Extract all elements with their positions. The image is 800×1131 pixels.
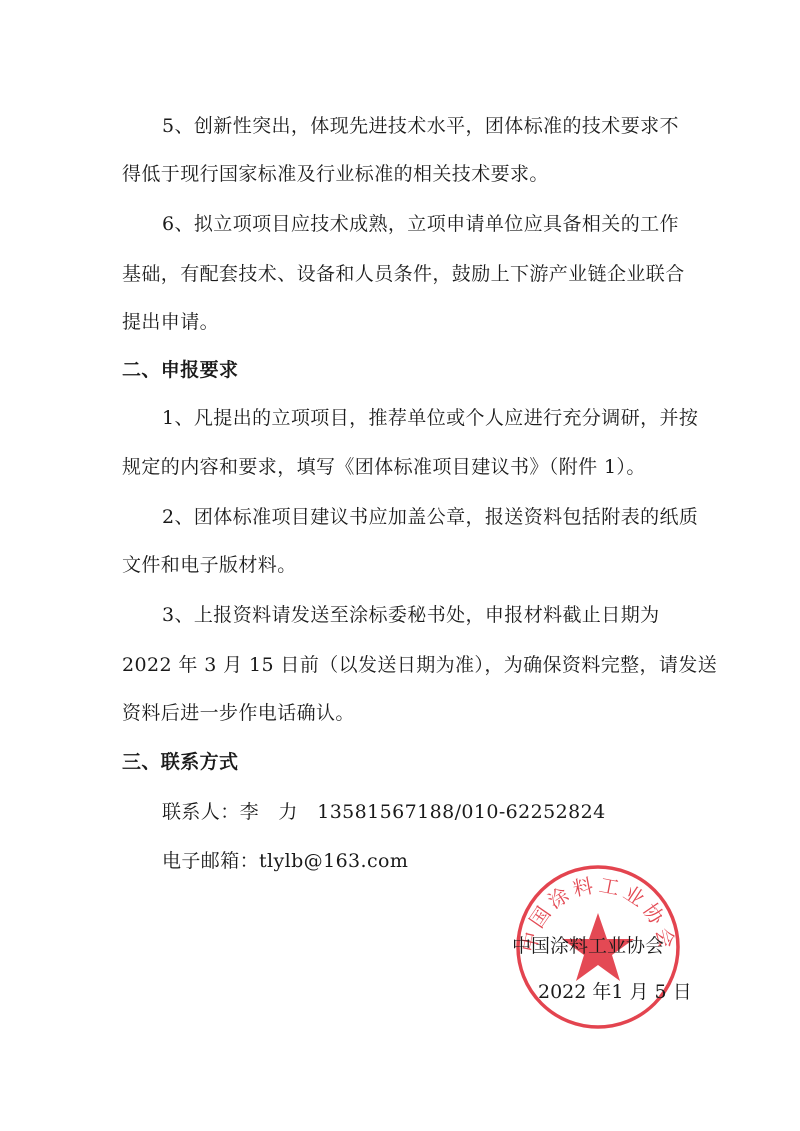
requirement-3-line-2: 2022 年 3 月 15 日前（以发送日期为准），为确保资料完整，请发送 (122, 653, 682, 677)
section-heading-application-requirements: 二、申报要求 (122, 358, 682, 382)
requirement-2-line-2: 文件和电子版材料。 (122, 553, 682, 577)
requirement-2-line-1: 2、团体标准项目建议书应加盖公章，报送资料包括附表的纸质 (162, 505, 722, 529)
contact-person: 联系人：李 力 13581567188/010-62252824 (162, 800, 722, 824)
requirement-3-line-1: 3、上报资料请发送至涂标委秘书处，申报材料截止日期为 (162, 603, 722, 627)
paragraph-6-line-2: 基础，有配套技术、设备和人员条件，鼓励上下游产业链企业联合 (122, 262, 682, 286)
requirement-3-line-3: 资料后进一步作电话确认。 (122, 701, 682, 725)
document-page: 5、创新性突出，体现先进技术水平，团体标准的技术要求不 得低于现行国家标准及行业… (0, 0, 800, 1131)
paragraph-6-line-3: 提出申请。 (122, 310, 682, 334)
section-heading-contact: 三、联系方式 (122, 750, 682, 774)
paragraph-5-line-1: 5、创新性突出，体现先进技术水平，团体标准的技术要求不 (162, 114, 722, 138)
requirement-1-line-2: 规定的内容和要求，填写《团体标准项目建议书》（附件 1）。 (122, 455, 682, 479)
signature-organization: 中国涂料工业协会 (512, 934, 664, 958)
paragraph-5-line-2: 得低于现行国家标准及行业标准的相关技术要求。 (122, 162, 682, 186)
paragraph-6-line-1: 6、拟立项项目应技术成熟，立项申请单位应具备相关的工作 (162, 212, 722, 236)
signature-date: 2022 年1 月 5 日 (538, 980, 692, 1004)
requirement-1-line-1: 1、凡提出的立项项目，推荐单位或个人应进行充分调研，并按 (162, 406, 722, 430)
